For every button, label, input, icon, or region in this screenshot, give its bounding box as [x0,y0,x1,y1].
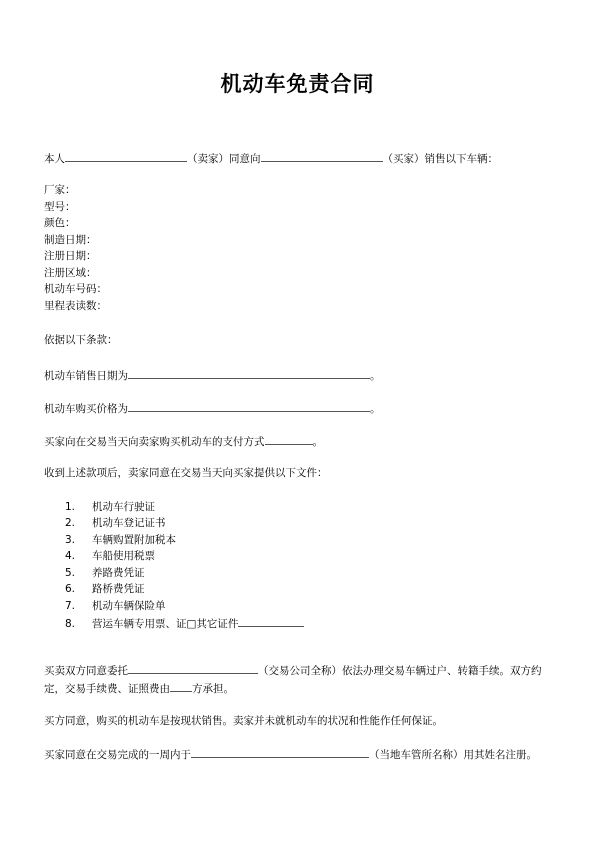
intro-line: 本人（卖家）同意向（买家）销售以下车辆： [44,150,498,166]
registration-suffix: （当地车管所名称）用其姓名注册。 [369,749,537,761]
document-item: 4.车船使用税票 [65,549,155,563]
document-title: 机动车免责合同 [0,68,595,98]
field-model: 型号： [44,200,76,214]
document-item: 5.养路费凭证 [65,566,145,580]
payment-label: 买家向在交易当天向卖家购买机动车的支付方式 [44,436,265,448]
agency-company-blank[interactable] [128,662,258,674]
document-item: 7.机动车辆保险单 [65,599,166,613]
payment-suffix: 。 [313,436,324,448]
payment-method-blank[interactable] [265,433,313,445]
field-color: 颜色： [44,216,76,230]
agency-paragraph: 买卖双方同意委托（交易公司全称）依法办理交易车辆过户、转籍手续。双方约定，交易手… [44,662,554,698]
price-blank[interactable] [128,400,370,412]
seller-name-blank[interactable] [65,150,187,162]
agency-suffix: 方承担。 [192,683,234,695]
field-manufacturer: 厂家： [44,183,76,197]
document-item: 2.机动车登记证书 [65,516,166,530]
price-suffix: 。 [370,403,381,415]
intro-prefix: 本人 [44,153,65,165]
price-line: 机动车购买价格为。 [44,400,381,416]
agency-prefix: 买卖双方同意委托 [44,665,128,677]
buyer-name-blank[interactable] [261,150,383,162]
field-vehicle-number: 机动车号码： [44,282,107,296]
document-item: 1.机动车行驶证 [65,500,155,514]
price-label: 机动车购买价格为 [44,403,128,415]
field-registration-area: 注册区域： [44,266,97,280]
payment-line: 买家向在交易当天向卖家购买机动车的支付方式。 [44,433,323,449]
field-odometer: 里程表读数： [44,299,107,313]
as-is-clause: 买方同意，购买的机动车是按现状销售。卖家并未就机动车的状况和性能作任何保证。 [44,714,443,728]
fee-party-blank[interactable] [170,680,192,692]
field-manufacture-date: 制造日期： [44,233,97,247]
terms-heading: 依据以下条款： [44,333,118,347]
document-item: 3.车辆购置附加税本 [65,533,176,547]
documents-intro: 收到上述款项后，卖家同意在交易当天向买家提供以下文件： [44,466,328,480]
other-documents-blank[interactable] [238,615,304,627]
field-registration-date: 注册日期： [44,249,97,263]
buyer-label: （买家）销售以下车辆： [383,153,499,165]
sale-date-label: 机动车销售日期为 [44,370,128,382]
vehicle-office-blank[interactable] [191,746,369,758]
sale-date-blank[interactable] [128,367,370,379]
document-item: 8.营运车辆专用票、证□其它证件 [65,615,304,631]
registration-prefix: 买家同意在交易完成的一周内于 [44,749,191,761]
sale-date-suffix: 。 [370,370,381,382]
document-item: 6.路桥费凭证 [65,582,145,596]
seller-label: （卖家）同意向 [187,153,261,165]
sale-date-line: 机动车销售日期为。 [44,367,381,383]
registration-paragraph: 买家同意在交易完成的一周内于（当地车管所名称）用其姓名注册。 [44,746,554,764]
